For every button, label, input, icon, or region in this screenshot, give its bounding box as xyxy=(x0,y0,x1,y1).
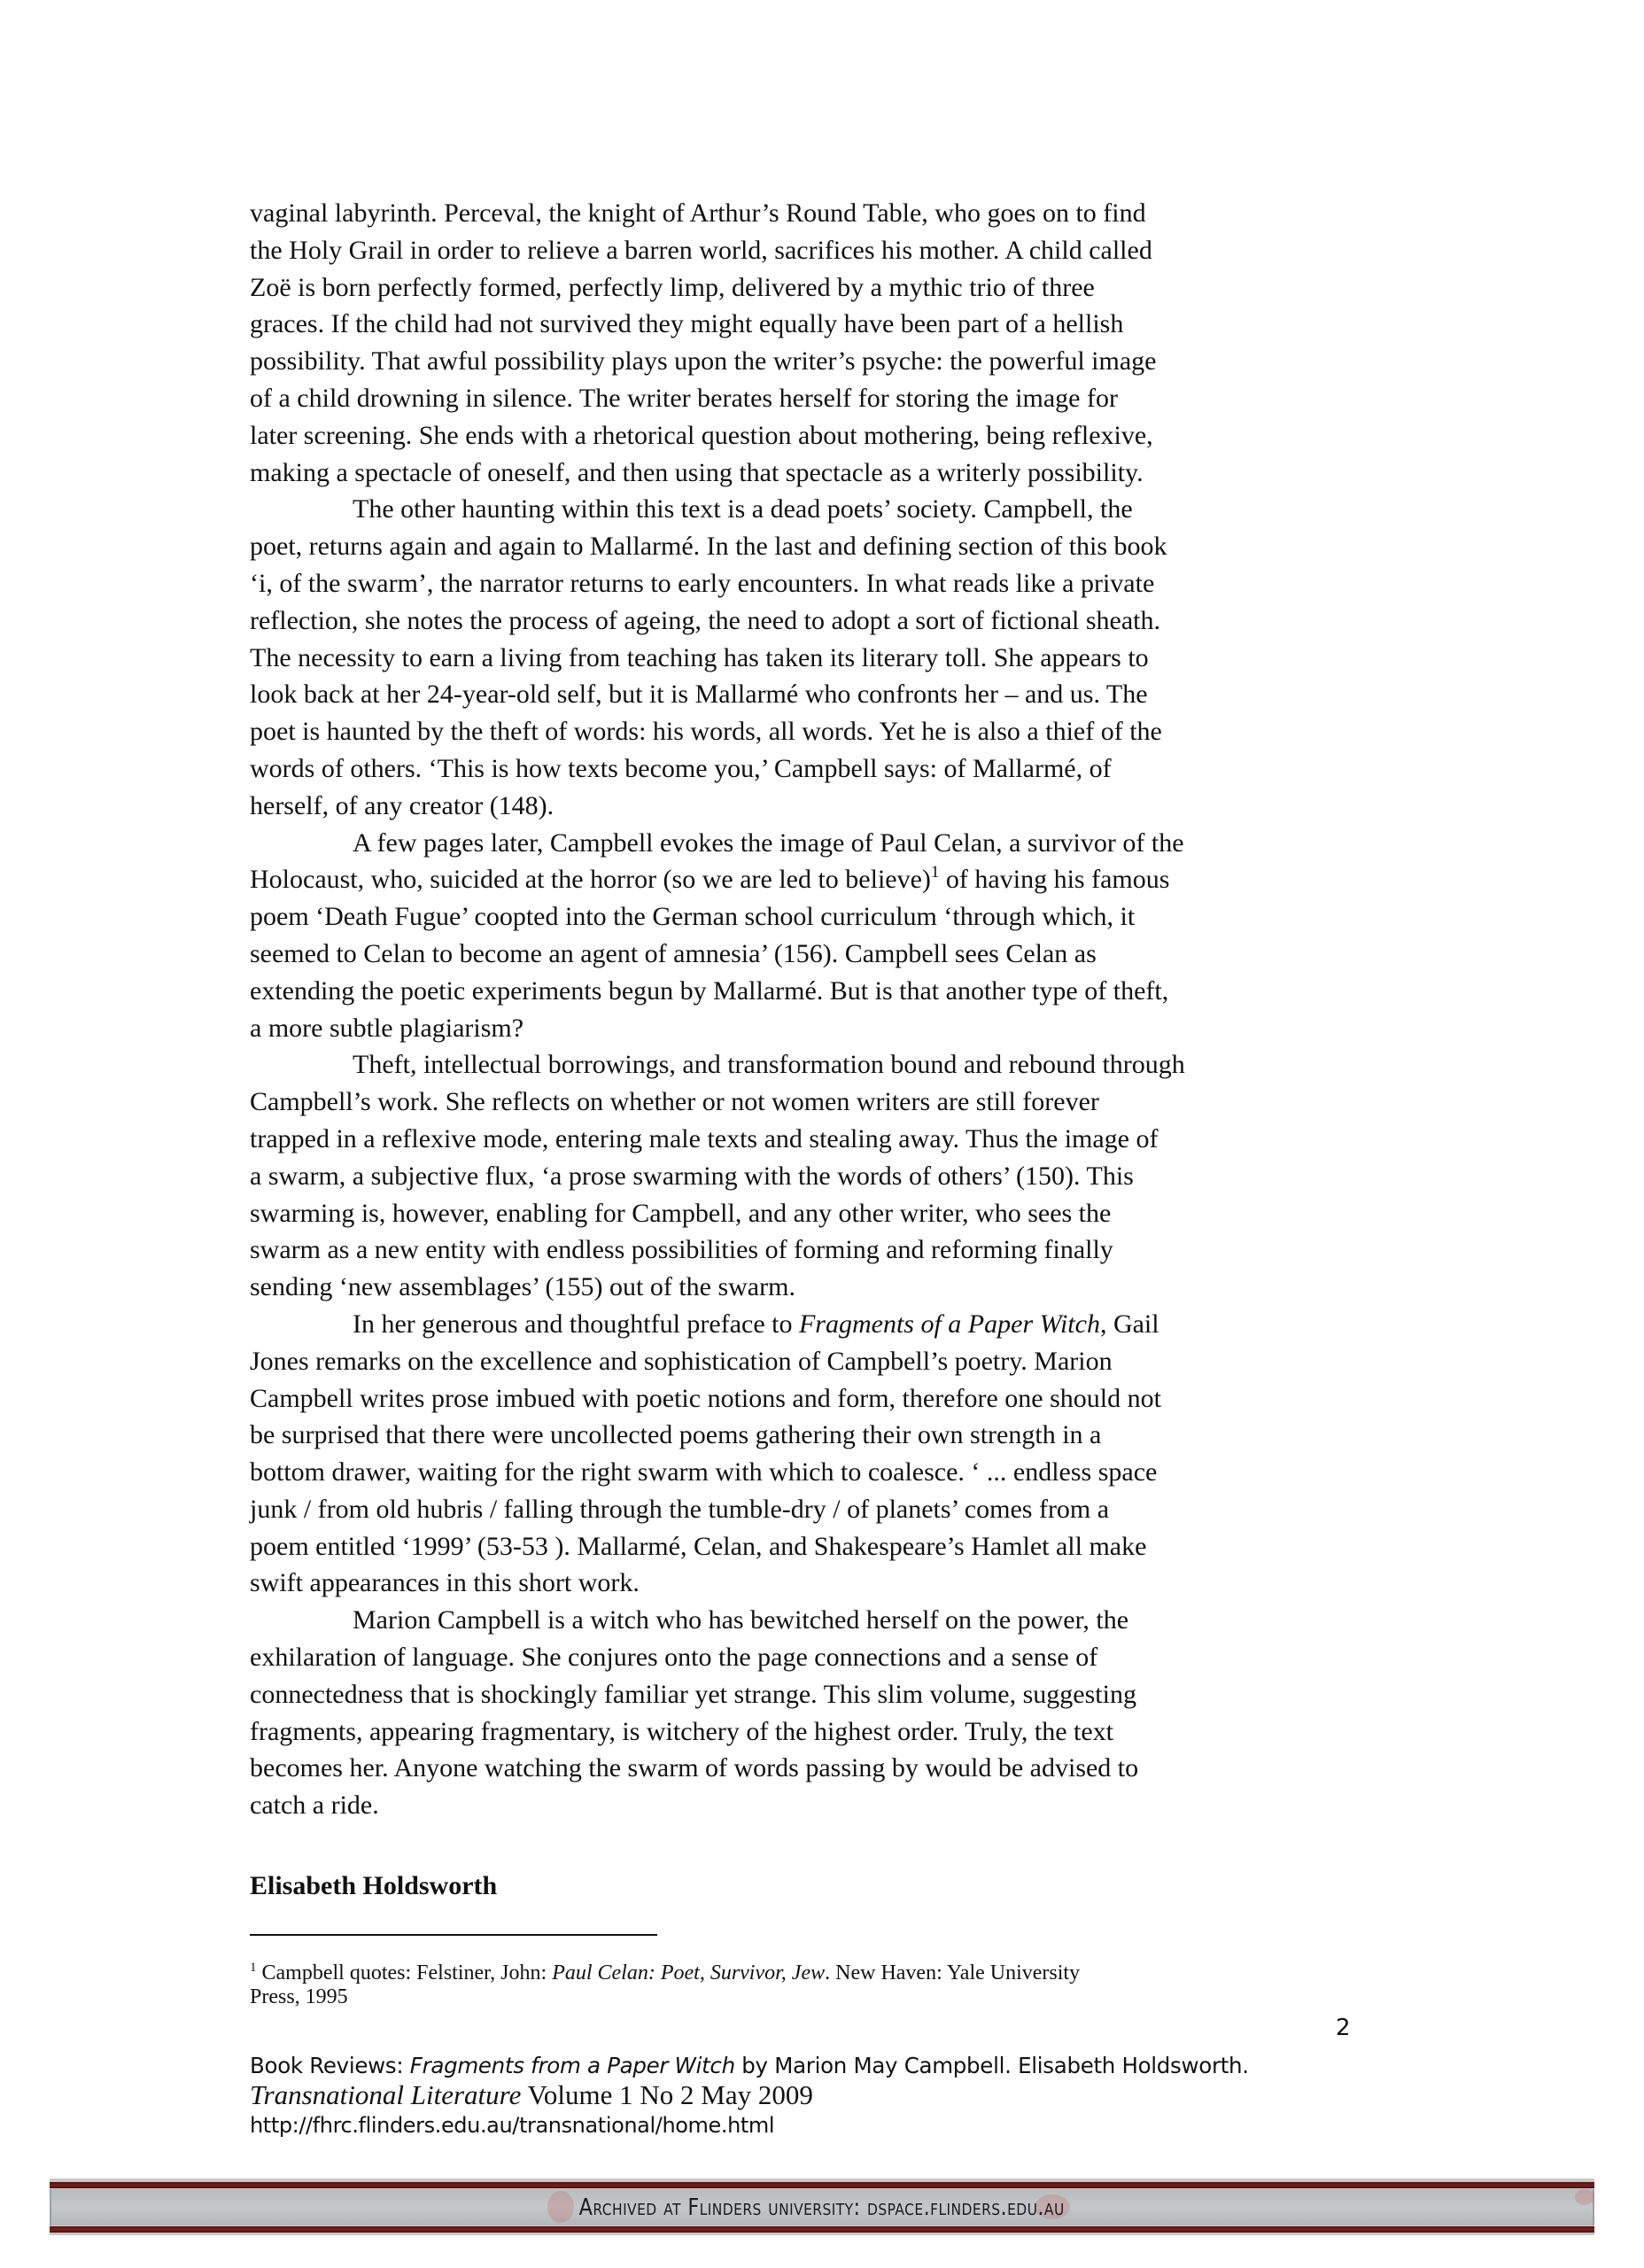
text-line: words of others. ‘This is how texts beco… xyxy=(250,750,1401,788)
text-line: Jones remarks on the excellence and soph… xyxy=(250,1343,1401,1380)
footer-journal: Transnational Literature Volume 1 No 2 M… xyxy=(250,2079,813,2111)
text-line: poem entitled ‘1999’ (53-53 ). Mallarmé,… xyxy=(250,1528,1401,1565)
text-line: vaginal labyrinth. Perceval, the knight … xyxy=(250,195,1401,232)
text-line: poet is haunted by the theft of words: h… xyxy=(250,713,1401,750)
review-body: vaginal labyrinth. Perceval, the knight … xyxy=(250,195,1401,1824)
text-line: later screening. She ends with a rhetori… xyxy=(250,417,1401,454)
text-line: trapped in a reflexive mode, entering ma… xyxy=(250,1121,1401,1158)
text-line: look back at her 24-year-old self, but i… xyxy=(250,676,1401,713)
text-line: sending ‘new assemblages’ (155) out of t… xyxy=(250,1269,1401,1306)
journal-title-italic: Transnational Literature xyxy=(250,2079,521,2110)
footnote-separator xyxy=(250,1934,657,1936)
text-line: be surprised that there were uncollected… xyxy=(250,1417,1401,1454)
text-line: poet, returns again and again to Mallarm… xyxy=(250,528,1401,565)
text-line: The other haunting within this text is a… xyxy=(250,491,1401,528)
text-segment: by Marion May Campbell. Elisabeth Holdsw… xyxy=(735,2053,1249,2078)
text-line: extending the poetic experiments begun b… xyxy=(250,973,1401,1010)
author-signature: Elisabeth Holdsworth xyxy=(250,1871,497,1901)
banner-stripe-bottom xyxy=(50,2226,1594,2233)
text-line: swarming is, however, enabling for Campb… xyxy=(250,1195,1401,1232)
cited-title-italic: Paul Celan: Poet, Survivor, Jew xyxy=(552,1961,825,1984)
text-line: bottom drawer, waiting for the right swa… xyxy=(250,1454,1401,1491)
text-line: A few pages later, Campbell evokes the i… xyxy=(250,825,1401,862)
paragraph-2: The other haunting within this text is a… xyxy=(250,491,1401,824)
footer-url-link[interactable]: http://fhrc.flinders.edu.au/transnationa… xyxy=(250,2113,774,2138)
text-line: Theft, intellectual borrowings, and tran… xyxy=(250,1046,1401,1084)
text-line: swift appearances in this short work. xyxy=(250,1565,1401,1602)
text-segment: of having his famous xyxy=(939,865,1169,894)
footnote-line-2: Press, 1995 xyxy=(250,1985,1401,2009)
text-line: catch a ride. xyxy=(250,1787,1401,1824)
banner-texture xyxy=(1575,2189,1594,2205)
archive-banner: Archived at Flinders university: dspace.… xyxy=(50,2179,1594,2235)
text-line: possibility. That awful possibility play… xyxy=(250,343,1401,380)
text-line: In her generous and thoughtful preface t… xyxy=(250,1306,1401,1343)
footnote: 1 Campbell quotes: Felstiner, John: Paul… xyxy=(250,1961,1401,2009)
text-segment: Book Reviews: xyxy=(250,2053,410,2078)
text-line: The necessity to earn a living from teac… xyxy=(250,640,1401,677)
text-line: graces. If the child had not survived th… xyxy=(250,306,1401,343)
text-segment: . New Haven: Yale University xyxy=(825,1961,1080,1984)
text-line: making a spectacle of oneself, and then … xyxy=(250,454,1401,492)
text-line: reflection, she notes the process of age… xyxy=(250,602,1401,640)
archive-label-link[interactable]: Archived at Flinders university: dspace.… xyxy=(579,2194,1065,2221)
document-page: vaginal labyrinth. Perceval, the knight … xyxy=(0,0,1644,2268)
banner-stripe-top xyxy=(50,2182,1594,2188)
text-line: becomes her. Anyone watching the swarm o… xyxy=(250,1750,1401,1787)
paragraph-6: Marion Campbell is a witch who has bewit… xyxy=(250,1602,1401,1824)
text-line: swarm as a new entity with endless possi… xyxy=(250,1231,1401,1269)
text-line: seemed to Celan to become an agent of am… xyxy=(250,936,1401,973)
text-segment: Holocaust, who, suicided at the horror (… xyxy=(250,865,931,894)
text-line: the Holy Grail in order to relieve a bar… xyxy=(250,232,1401,269)
text-line: herself, of any creator (148). xyxy=(250,788,1401,825)
text-line: a more subtle plagiarism? xyxy=(250,1010,1401,1047)
paragraph-1: vaginal labyrinth. Perceval, the knight … xyxy=(250,195,1401,491)
text-line: of a child drowning in silence. The writ… xyxy=(250,380,1401,417)
page-number: 2 xyxy=(1336,2015,1351,2041)
text-line: Holocaust, who, suicided at the horror (… xyxy=(250,861,1401,898)
text-line: connectedness that is shockingly familia… xyxy=(250,1676,1401,1713)
text-line: poem ‘Death Fugue’ coopted into the Germ… xyxy=(250,898,1401,936)
text-line: a swarm, a subjective flux, ‘a prose swa… xyxy=(250,1158,1401,1195)
text-segment: Volume 1 No 2 May 2009 xyxy=(521,2079,813,2110)
text-line: Zoë is born perfectly formed, perfectly … xyxy=(250,269,1401,307)
paragraph-4: Theft, intellectual borrowings, and tran… xyxy=(250,1046,1401,1306)
footnote-ref-link[interactable]: 1 xyxy=(931,863,940,882)
book-title-italic: Fragments from a Paper Witch xyxy=(410,2053,735,2078)
paragraph-5: In her generous and thoughtful preface t… xyxy=(250,1306,1401,1602)
paragraph-3: A few pages later, Campbell evokes the i… xyxy=(250,825,1401,1047)
text-segment: , Gail xyxy=(1100,1309,1159,1339)
footnote-line-1: 1 Campbell quotes: Felstiner, John: Paul… xyxy=(250,1961,1401,1985)
text-segment: Campbell quotes: Felstiner, John: xyxy=(257,1961,553,1984)
text-line: junk / from old hubris / falling through… xyxy=(250,1491,1401,1528)
book-title-italic: Fragments of a Paper Witch xyxy=(799,1309,1100,1339)
banner-center: Archived at Flinders university: dspace.… xyxy=(50,2189,1594,2225)
text-line: Marion Campbell is a witch who has bewit… xyxy=(250,1602,1401,1639)
text-line: ‘i, of the swarm’, the narrator returns … xyxy=(250,565,1401,602)
banner-texture xyxy=(547,2191,574,2223)
text-line: fragments, appearing fragmentary, is wit… xyxy=(250,1713,1401,1751)
text-line: Campbell’s work. She reflects on whether… xyxy=(250,1084,1401,1121)
text-line: exhilaration of language. She conjures o… xyxy=(250,1639,1401,1676)
text-line: Campbell writes prose imbued with poetic… xyxy=(250,1380,1401,1417)
text-segment: In her generous and thoughtful preface t… xyxy=(353,1309,799,1339)
footer-citation: Book Reviews: Fragments from a Paper Wit… xyxy=(250,2053,1249,2078)
footnote-marker: 1 xyxy=(250,1961,257,1975)
